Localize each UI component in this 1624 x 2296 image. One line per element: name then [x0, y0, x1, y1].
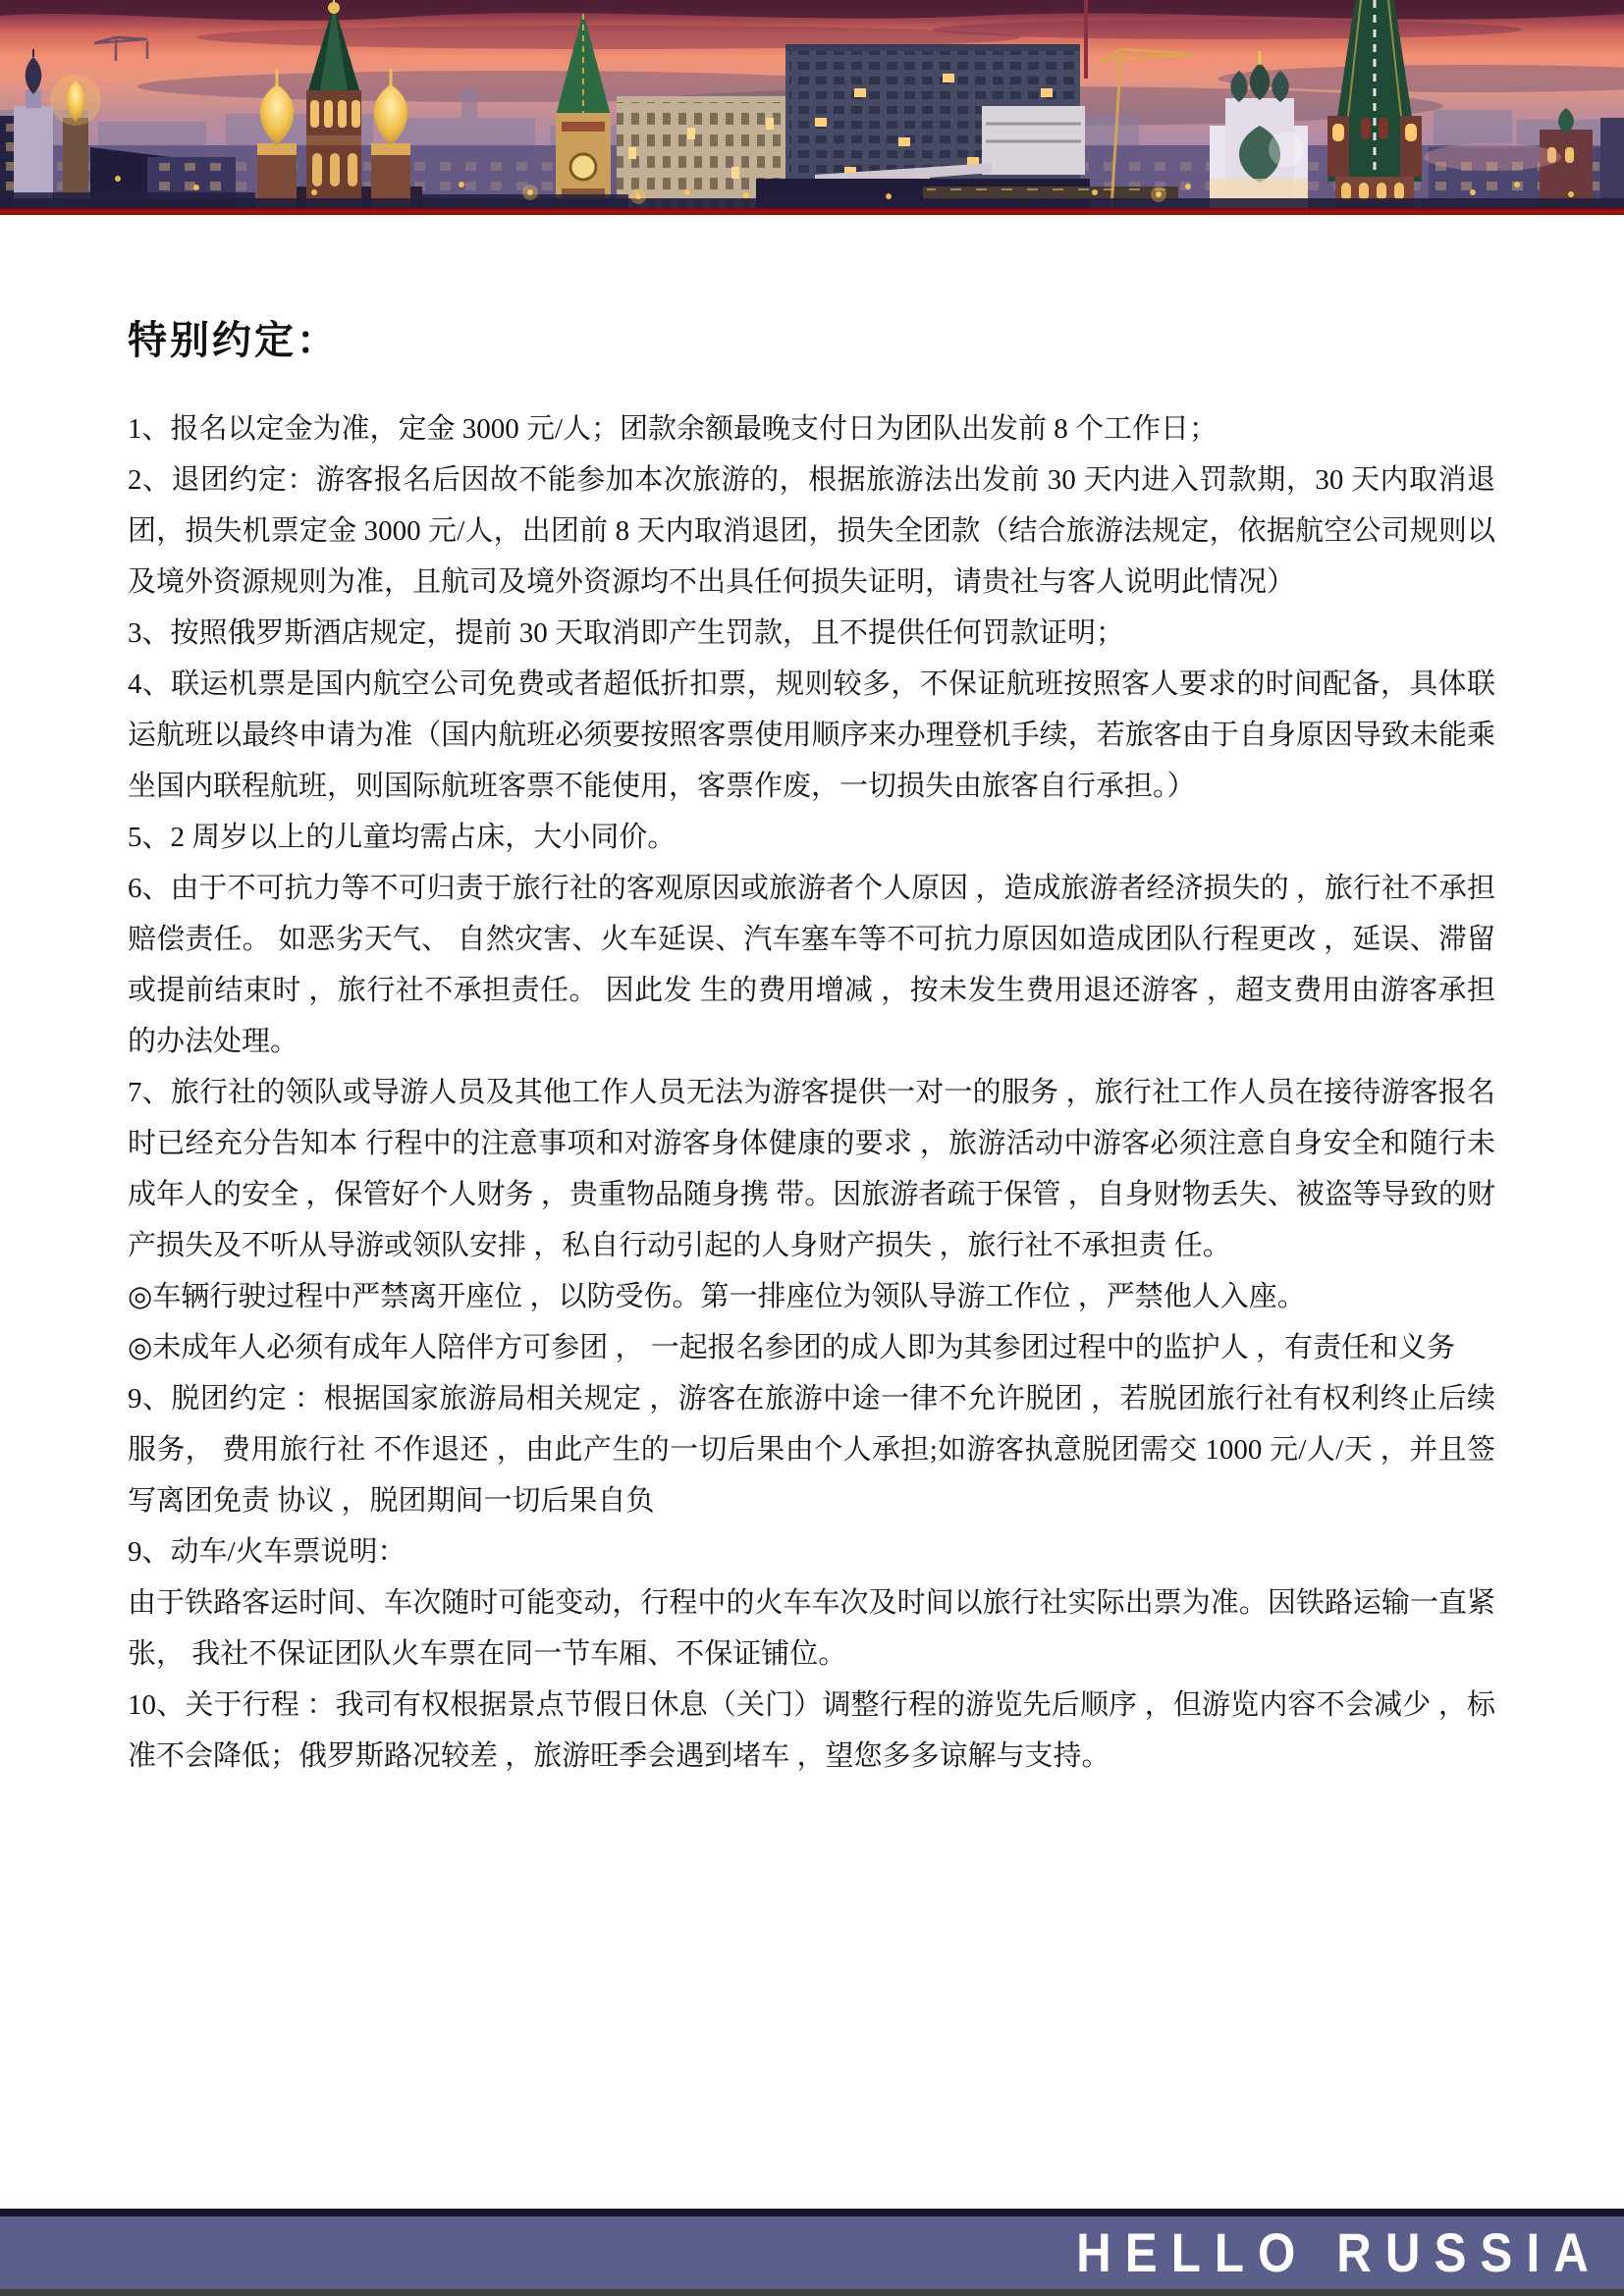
clause-paragraph: ◎未成年人必须有成年人陪伴方可参团 ， 一起报名参团的成人即为其参团过程中的监护… [128, 1322, 1495, 1373]
clause-paragraph: 9、脱团约定 ：根据国家旅游局相关规定 ，游客在旅游中途一律不允许脱团 ，若脱团… [128, 1373, 1495, 1526]
page-title: 特别约定： [128, 317, 1495, 364]
clause-paragraph: 10、关于行程 ：我司有权根据景点节假日休息（关门）调整行程的游览先后顺序 ，但… [128, 1680, 1495, 1782]
clause-paragraph: 3、按照俄罗斯酒店规定，提前 30 天取消即产生罚款，且不提供任何罚款证明； [128, 608, 1495, 659]
clause-paragraph: 1、报名以定金为准，定金 3000 元/人；团款余额最晚支付日为团队出发前 8 … [128, 403, 1495, 454]
clause-paragraph: 6、由于不可抗力等不可归责于旅行社的客观原因或旅游者个人原因 ，造成旅游者经济损… [128, 863, 1495, 1067]
header-photo [0, 0, 1624, 208]
footer-band: HELLO RUSSIA [0, 2216, 1624, 2289]
clause-paragraph: 4、联运机票是国内航空公司免费或者超低折扣票，规则较多，不保证航班按照客人要求的… [128, 659, 1495, 812]
clause-paragraph: 2、退团约定：游客报名后因故不能参加本次旅游的，根据旅游法出发前 30 天内进入… [128, 454, 1495, 608]
footer-top-rule [0, 2209, 1624, 2216]
header-red-divider [0, 208, 1624, 215]
clause-paragraph: 由于铁路客运时间、车次随时可能变动，行程中的火车车次及时间以旅行社实际出票为准。… [128, 1577, 1495, 1680]
clause-paragraph: 5、2 周岁以上的儿童均需占床，大小同价。 [128, 812, 1495, 863]
brand-wordmark: HELLO RUSSIA [1076, 2216, 1602, 2289]
page: { "header": { "image_name": "russia-city… [0, 0, 1624, 2296]
page-footer: HELLO RUSSIA [0, 2209, 1624, 2296]
clause-paragraph: 9、动车/火车票说明： [128, 1526, 1495, 1577]
clause-paragraph: 7、旅行社的领队或导游人员及其他工作人员无法为游客提供一对一的服务 ，旅行社工作… [128, 1067, 1495, 1271]
clause-paragraph: ◎车辆行驶过程中严禁离开座位 ，以防受伤。第一排座位为领队导游工作位 ，严禁他人… [128, 1271, 1495, 1322]
document-body: 特别约定： 1、报名以定金为准，定金 3000 元/人；团款余额最晚支付日为团队… [0, 317, 1624, 1782]
footer-bottom-rule [0, 2289, 1624, 2296]
clause-list: 1、报名以定金为准，定金 3000 元/人；团款余额最晚支付日为团队出发前 8 … [128, 403, 1495, 1782]
header-banner [0, 0, 1624, 208]
